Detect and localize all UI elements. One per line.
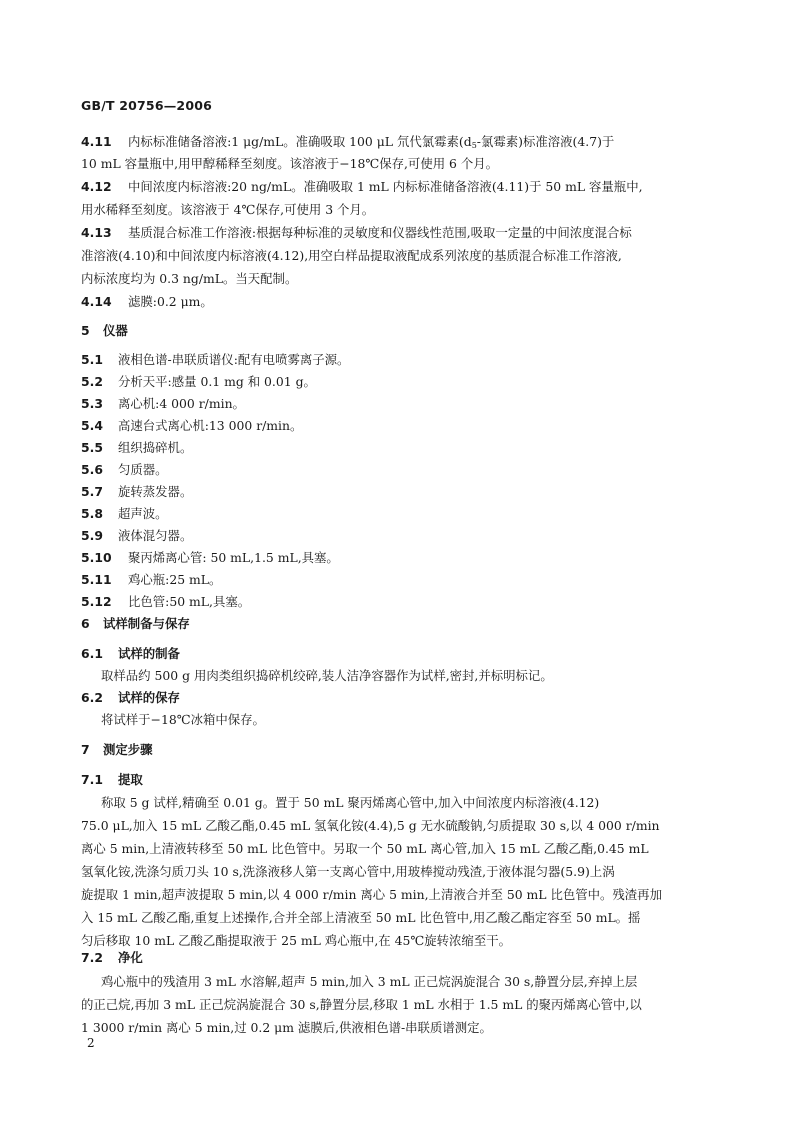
list-item: 5.10聚丙烯离心管: 50 mL,1.5 mL,具塞。 [81, 551, 339, 565]
clause-4-14: 4.14滤膜:0.2 μm。 [81, 295, 213, 309]
document-page: GB/T 20756—2006 4.11内标标准储备溶液:1 μg/mL。准确吸… [0, 0, 793, 1122]
list-item: 5.7旋转蒸发器。 [81, 485, 192, 499]
section-title: 测定步骤 [103, 742, 153, 757]
clause-4-13-line1: 4.13基质混合标准工作溶液:根据每种标准的灵敏度和仪器线性范围,吸取一定量的中… [81, 226, 632, 240]
item-text: 匀质器。 [118, 462, 168, 477]
list-item: 5.9液体混匀器。 [81, 529, 192, 543]
section-number: 7 [81, 743, 103, 757]
clause-number: 4.13 [81, 226, 128, 240]
subsection-number: 7.2 [81, 951, 118, 965]
list-item: 5.6匀质器。 [81, 463, 168, 477]
clause-4-11-line2: 10 mL 容量瓶中,用甲醇稀释至刻度。该溶液于−18℃保存,可使用 6 个月。 [81, 157, 498, 171]
section-title: 试样制备与保存 [103, 616, 190, 631]
clause-text: 内标标准储备溶液:1 μg/mL。准确吸取 100 μL 氘代氯霉素(d [128, 134, 472, 149]
standard-id-header: GB/T 20756—2006 [81, 98, 212, 113]
paragraph-line: 氢氧化铵,洗涤匀质刀头 10 s,洗涤液移人第一支离心管中,用玻棒搅动残渣,于液… [81, 865, 615, 879]
item-number: 5.4 [81, 419, 118, 433]
paragraph-line: 的正己烷,再加 3 mL 正己烷涡旋混合 30 s,静置分层,移取 1 mL 水… [81, 998, 642, 1012]
list-item: 5.11鸡心瓶:25 mL。 [81, 573, 221, 587]
subsection-7-1-heading: 7.1提取 [81, 773, 143, 787]
subsection-title: 提取 [118, 772, 143, 787]
item-text: 聚丙烯离心管: 50 mL,1.5 mL,具塞。 [128, 550, 339, 565]
clause-number: 4.14 [81, 295, 128, 309]
paragraph-line: 入 15 mL 乙酸乙酯,重复上述操作,合并全部上清液至 50 mL 比色管中,… [81, 911, 640, 925]
subsection-title: 试样的保存 [118, 690, 180, 705]
item-number: 5.3 [81, 397, 118, 411]
subsection-7-2-heading: 7.2净化 [81, 951, 143, 965]
item-number: 5.6 [81, 463, 118, 477]
item-number: 5.12 [81, 595, 128, 609]
list-item: 5.1液相色谱-串联质谱仪:配有电喷雾离子源。 [81, 353, 349, 367]
item-text: 分析天平:感量 0.1 mg 和 0.01 g。 [118, 374, 316, 389]
clause-text: 中间浓度内标溶液:20 ng/mL。准确吸取 1 mL 内标标准储备溶液(4.1… [128, 179, 643, 194]
clause-text: 滤膜:0.2 μm。 [128, 294, 213, 309]
subsection-6-1-heading: 6.1试样的制备 [81, 647, 180, 661]
page-number: 2 [87, 1036, 95, 1050]
item-number: 5.7 [81, 485, 118, 499]
item-text: 比色管:50 mL,具塞。 [128, 594, 250, 609]
section-number: 6 [81, 617, 103, 631]
item-text: 离心机:4 000 r/min。 [118, 396, 245, 411]
paragraph-line: 鸡心瓶中的残渣用 3 mL 水溶解,超声 5 min,加入 3 mL 正己烷涡旋… [101, 975, 637, 989]
clause-text: 基质混合标准工作溶液:根据每种标准的灵敏度和仪器线性范围,吸取一定量的中间浓度混… [128, 225, 632, 240]
subsection-number: 7.1 [81, 773, 118, 787]
clause-text: -氯霉素)标准溶液(4.7)于 [477, 134, 615, 149]
list-item: 5.8超声波。 [81, 507, 168, 521]
item-text: 旋转蒸发器。 [118, 484, 192, 499]
subsection-6-1-text: 取样品约 500 g 用肉类组织捣碎机绞碎,装人洁净容器作为试样,密封,并标明标… [101, 669, 553, 683]
item-number: 5.5 [81, 441, 118, 455]
subsection-number: 6.1 [81, 647, 118, 661]
paragraph-line: 1 3000 r/min 离心 5 min,过 0.2 μm 滤膜后,供液相色谱… [81, 1021, 492, 1035]
subsection-title: 净化 [118, 950, 143, 965]
clause-4-13-line3: 内标浓度均为 0.3 ng/mL。当天配制。 [81, 272, 297, 286]
section-7-heading: 7测定步骤 [81, 743, 153, 757]
item-number: 5.8 [81, 507, 118, 521]
list-item: 5.2分析天平:感量 0.1 mg 和 0.01 g。 [81, 375, 316, 389]
item-number: 5.11 [81, 573, 128, 587]
paragraph-line: 称取 5 g 试样,精确至 0.01 g。置于 50 mL 聚丙烯离心管中,加入… [101, 796, 599, 810]
paragraph-line: 旋提取 1 min,超声波提取 5 min,以 4 000 r/min 离心 5… [81, 888, 662, 902]
item-text: 超声波。 [118, 506, 168, 521]
list-item: 5.3离心机:4 000 r/min。 [81, 397, 245, 411]
paragraph-line: 离心 5 min,上清液转移至 50 mL 比色管中。另取一个 50 mL 离心… [81, 842, 649, 856]
item-text: 组织捣碎机。 [118, 440, 192, 455]
subsection-number: 6.2 [81, 691, 118, 705]
clause-number: 4.11 [81, 135, 128, 149]
list-item: 5.4高速台式离心机:13 000 r/min。 [81, 419, 302, 433]
section-number: 5 [81, 324, 103, 338]
list-item: 5.12比色管:50 mL,具塞。 [81, 595, 250, 609]
item-number: 5.9 [81, 529, 118, 543]
clause-number: 4.12 [81, 180, 128, 194]
clause-4-12-line1: 4.12中间浓度内标溶液:20 ng/mL。准确吸取 1 mL 内标标准储备溶液… [81, 180, 643, 194]
paragraph-line: 匀后移取 10 mL 乙酸乙酯提取液于 25 mL 鸡心瓶中,在 45℃旋转浓缩… [81, 934, 511, 948]
section-title: 仪器 [103, 323, 128, 338]
item-text: 鸡心瓶:25 mL。 [128, 572, 221, 587]
subsection-6-2-text: 将试样于−18℃冰箱中保存。 [101, 713, 265, 727]
section-5-heading: 5仪器 [81, 324, 128, 338]
paragraph-line: 75.0 μL,加入 15 mL 乙酸乙酯,0.45 mL 氢氧化铵(4.4),… [81, 819, 660, 833]
subsection-6-2-heading: 6.2试样的保存 [81, 691, 180, 705]
section-6-heading: 6试样制备与保存 [81, 617, 190, 631]
clause-4-12-line2: 用水稀释至刻度。该溶液于 4℃保存,可使用 3 个月。 [81, 203, 374, 217]
clause-4-13-line2: 准溶液(4.10)和中间浓度内标溶液(4.12),用空白样品提取液配成系列浓度的… [81, 249, 622, 263]
clause-4-11-line1: 4.11内标标准储备溶液:1 μg/mL。准确吸取 100 μL 氘代氯霉素(d… [81, 135, 614, 153]
list-item: 5.5组织捣碎机。 [81, 441, 192, 455]
item-number: 5.2 [81, 375, 118, 389]
item-text: 高速台式离心机:13 000 r/min。 [118, 418, 302, 433]
item-number: 5.1 [81, 353, 118, 367]
subsection-title: 试样的制备 [118, 646, 180, 661]
item-text: 液体混匀器。 [118, 528, 192, 543]
item-text: 液相色谱-串联质谱仪:配有电喷雾离子源。 [118, 352, 349, 367]
item-number: 5.10 [81, 551, 128, 565]
